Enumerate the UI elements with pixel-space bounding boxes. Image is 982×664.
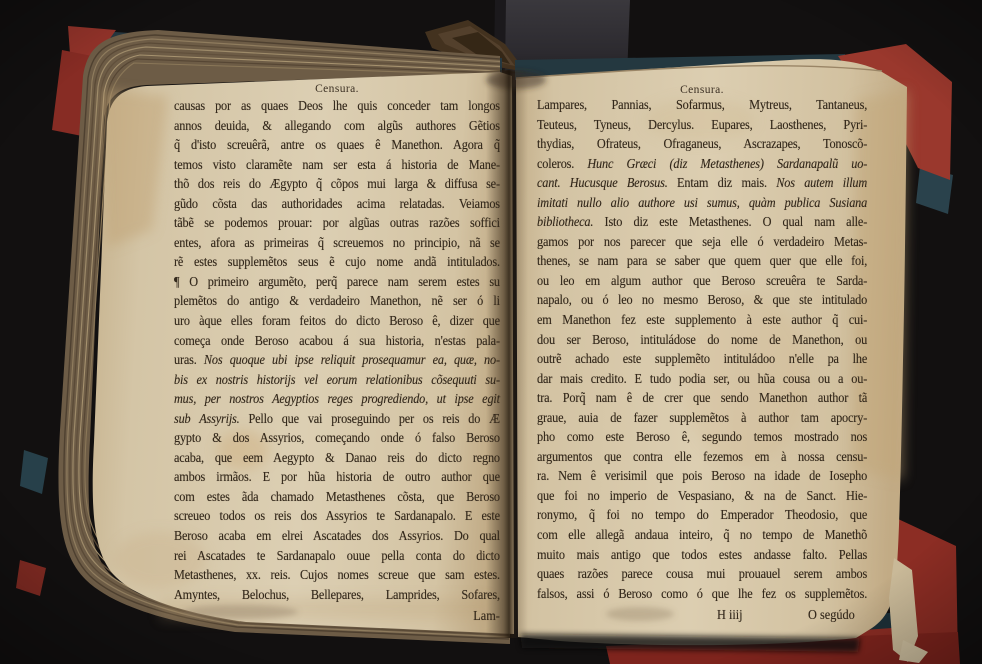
text-line: ou leo em algum author que Beroso screuê… [537,272,867,292]
text-line: muito mais antigo que todos estes andass… [537,546,867,566]
text-line: coleros. Hunc Græci (diz Metasthenes) Sa… [537,155,867,175]
text-line: thydias, Ofrateus, Ofraganeus, Ascrazape… [537,135,867,155]
text-line: napalo, ou ó leo no mesmo Beroso, & que … [537,291,867,311]
text-line: dar mais credito. E tudo podia ser, ou h… [537,370,867,390]
text-line: ra. Nem ê verisimil que pois Beroso na i… [537,467,867,487]
text-line: thenes, se nam para se saber que quem qu… [537,252,867,272]
text-line: screueo todos os reis dos Assyrios te Sa… [174,507,500,527]
text-line: acaba, que eem Aegypto & Danao reis do d… [174,449,500,469]
text-line: uro àque elles foram feitos do dicto Ber… [174,312,500,332]
text-line: argumentos que contra elle fezemos em à … [537,448,867,468]
text-line: graue, auia de fazer supplemẽtos à autho… [537,409,867,429]
text-line: temos visto claramẽte nam ser esta á his… [174,156,500,176]
text-line: Lampares, Pannias, Sofarmus, Mytreus, Ta… [537,96,867,116]
text-line: rẽ estes supplemẽtos seus ẽ cujo nome an… [174,253,500,273]
text-line: plemẽtos do antigo & verdadeiro Manethon… [174,292,500,312]
text-line: com estes ãda chamado Metasthenes cõsta,… [174,488,500,508]
text-line: uras. Nos quoque ubi ipse reliquit prose… [174,351,500,371]
text-line: rei Ascatades te Sardanapalo ouue pella … [174,547,500,567]
right-page-running-header: Censura. [537,84,867,96]
text-line: falsos, assi ó Beroso como ó que lhe fez… [537,585,867,605]
text-line: tra. Porq̃ nam ê de crer que sendo Manet… [537,389,867,409]
text-line: ambos irmãos. E por hũa historia de outr… [174,468,500,488]
text-line: sub Assyrijs. Pello que vai proseguindo … [174,410,500,430]
left-page-text: causas por as quaes Deos lhe quis conced… [174,97,500,627]
text-line: bis ex nostris historijs vel eorum relat… [174,371,500,391]
signature-mark: H iiij [717,606,743,626]
text-line: gypto & dos Assyrios, começando onde ó f… [174,429,500,449]
text-line: tãbẽ se podemos prouar: por algũas outra… [174,214,500,234]
text-line: ¶ O primeiro argumẽto, perq̃ parece nam … [174,273,500,293]
right-page-lines: Lampares, Pannias, Sofarmus, Mytreus, Ta… [537,96,867,604]
left-page-catchword: Lam- [174,607,500,627]
text-line: mus, per nostros Aegyptios reges progred… [174,390,500,410]
text-line: Metasthenes, xx. reis. Cujos nomes screu… [174,566,500,586]
text-line: começa onde Beroso acabou á sua historia… [174,332,500,352]
text-line: Amyntes, Belochus, Bellepares, Lamprides… [174,586,500,606]
open-book-photo: Censura. Censura. causas por as quaes De… [0,0,982,664]
text-line: Teuteus, Tyneus, Dercylus. Eupares, Laos… [537,116,867,136]
text-line: annos deuida, & allegando com algũs auth… [174,117,500,137]
text-line: causas por as quaes Deos lhe quis conced… [174,97,500,117]
text-line: dou ser Beroso, intituládose do nome de … [537,331,867,351]
text-line: entes, afora as primeiras q̃ screuemos n… [174,234,500,254]
text-line: imitati nullo alio authore usi sumus, qu… [537,194,867,214]
text-line: ronymo, q̃ foi no tempo do Emperador The… [537,506,867,526]
text-line: cant. Hucusque Berosus. Entam diz mais. … [537,174,867,194]
right-page-catchword: O segúdo [808,606,855,626]
left-page-running-header: Censura. [174,83,500,95]
left-page-lines: causas por as quaes Deos lhe quis conced… [174,97,500,605]
text-line: gamos por nos parecer que seja elle ó ve… [537,233,867,253]
text-line: pho como este Beroso ê, segundo temos mo… [537,428,867,448]
right-page-signature-line: H iiij O segúdo [537,606,867,626]
text-line: com elle allegã andaua inteiro, q̃ no te… [537,526,867,546]
right-page-text: Lampares, Pannias, Sofarmus, Mytreus, Ta… [537,96,867,626]
text-line: thõ dos reis do Ægypto q̃ cõpos mui larg… [174,175,500,195]
text-line: Beroso acaba em elrei Ascatades dos Assy… [174,527,500,547]
text-line: outrẽ achado este supplemẽto intituládoo… [537,350,867,370]
text-line: quaes razões parece cousa mui prouauel s… [537,565,867,585]
text-line: que foi no imperio de Vespasiano, & na d… [537,487,867,507]
text-line: em Manethon fez este supplemento à este … [537,311,867,331]
text-line: q̃ d'isto screuêrã, antre os quaes ê Man… [174,136,500,156]
text-line: bibliotheca. Isto diz este Metasthenes. … [537,213,867,233]
text-line: gũdo cõsta das authoridades acima relata… [174,195,500,215]
